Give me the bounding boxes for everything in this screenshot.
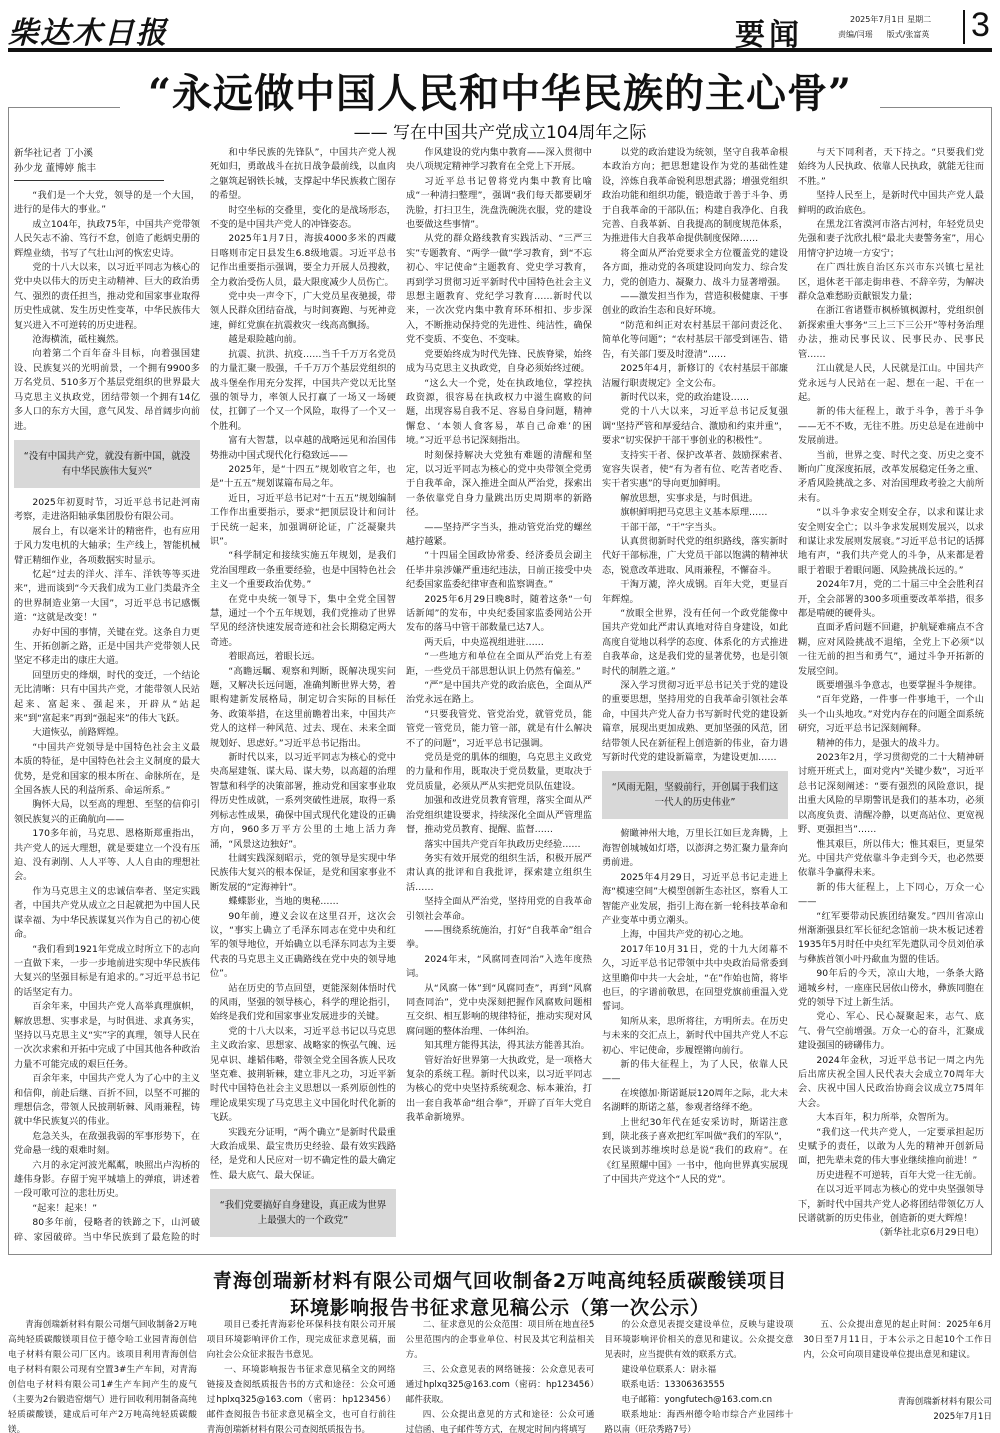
paragraph: 五、公众提出意见的起止时间：2025年6月30日至7月11日，于本公示之日起10… xyxy=(803,1318,992,1363)
paragraph: 在埃德加·斯诺诞辰120周年之际，北大未名湖畔的斯诺之墓，参观者络绎不绝。 xyxy=(602,1087,788,1116)
paragraph: 在党中央统一领导下，集中全党全国智慧，通过一个个五年规划，我们党推动了世界罕见的… xyxy=(210,593,396,651)
paragraph: 联系电话：13306363555 xyxy=(604,1378,793,1393)
paragraph: 青海创瑞新材料有限公司烟气回收制备2万吨高纯轻质碳酸镁项目位于德令哈工业园青海创… xyxy=(8,1318,197,1433)
paragraph: 以党的政治建设为统领，坚守自我革命根本政治方向；把思想建设作为党的基础性建设，淬… xyxy=(602,146,788,247)
paragraph: 知其理方能得其法，得其法方能善其治。 xyxy=(406,1039,592,1053)
paragraph: 直面矛盾问题不回避，护航疑难痛点不含糊，应对风险挑战不退缩，全党上下必须“以一往… xyxy=(798,621,984,679)
paragraph: 将全面从严治党要求全方位覆盖党的建设各方面，推动党的各项建设同向发力、综合发力，… xyxy=(602,247,788,290)
paragraph: “起来！起来！” xyxy=(14,1202,200,1216)
issue-meta: 2025年7月1日 星期二 责编/闫瑶版式/张富英 xyxy=(838,12,943,42)
paragraph: “以斗争求安全则安全存，以求和谋让求安全则安全亡；以斗争求发展则发展兴，以求和谋… xyxy=(798,506,984,578)
paragraph: 2025年4月，新修订的《农村基层干部廉洁履行职责规定》全文公布。 xyxy=(602,362,788,391)
pull-quote: “风雨无阻，坚毅前行，开创属于我们这一代人的历史伟业” xyxy=(602,771,788,819)
pull-quote: “没有中国共产党，就没有新中国，就没有中华民族伟大复兴” xyxy=(14,440,200,488)
paragraph: 2025年3月，全国两会刚结束，一场聚焦 xyxy=(210,1245,396,1246)
paragraph: 深入学习贯彻习近平总书记关于党的建设的重要思想，坚持用党的自我革命引领社会革命，… xyxy=(602,679,788,765)
paragraph: 在以习近平同志为核心的党中央坚强领导下，新时代中国共产党人必将团结带领亿万人民谱… xyxy=(798,1183,984,1226)
article-column-4: 以党的政治建设为统领，坚守自我革命根本政治方向；把思想建设作为党的基础性建设，淬… xyxy=(602,146,788,1246)
paragraph: 六月的永定河波光粼粼，映照出卢沟桥的雄伟身影。存留于宛平城墙上的弹痕，讲述着一段… xyxy=(14,1159,200,1202)
paragraph: 越是艰险越向前。 xyxy=(210,333,396,347)
article-column-1: 新华社记者 丁小溪 孙少龙 董博婷 熊丰 “我们是一个大党，领导的是一个大国，进… xyxy=(14,146,200,1246)
paragraph: 加强和改进党员教育管理，落实全面从严治党组织建设要求，持续深化全面从严管理监督，… xyxy=(406,794,592,837)
paragraph: “严”是中国共产党的政治底色，全面从严治党永远在路上。 xyxy=(406,679,592,708)
notice-column-2: 项目已委托青海彩伦环保科技有限公司开展项目环境影响评价工作，现完成征求意见稿，面… xyxy=(207,1318,396,1433)
paragraph: 向着第二个百年奋斗目标，向着强国建设、民族复兴的光明前景，一个拥有9900多万名… xyxy=(14,347,200,433)
paragraph: “十四届全国政协常委、经济委员会副主任毕井泉涉嫌严重违纪违法，日前正接受中央纪委… xyxy=(406,549,592,592)
paragraph: 2025年，是“十四五”规划收官之年，也是“十五五”规划谋篇布局之年。 xyxy=(210,463,396,492)
paragraph: 联系地址：海西州德令哈市综合产业园纬十路以南（旺尕秀路7号） xyxy=(604,1408,793,1433)
notice-signature-date: 2025年7月1日 xyxy=(803,1410,992,1425)
paragraph: 干部干部，“干”字当头。 xyxy=(602,521,788,535)
paragraph: 俯瞰神州大地，万里长江如巨龙奔腾，上海智创城城如灯塔，以澎湃之势汇聚力量奔向勇前… xyxy=(602,827,788,870)
paragraph: “防范和纠正对农村基层干部问责泛化、简单化等问题”；“农村基层干部受到诬告、错告… xyxy=(602,319,788,362)
paragraph: “我们看到1921年党成立时所立下的志向一直做下来，一步一步地前进实现中华民族伟… xyxy=(14,943,200,1001)
paragraph: 170多年前，马克思、恩格斯郑重指出，共产党人的远大理想，就是要建立一个没有压迫… xyxy=(14,827,200,885)
article-headline: “永远做中国人民和中华民族的主心骨” xyxy=(0,62,1000,119)
paragraph: 建设单位联系人：尉永福 xyxy=(604,1363,793,1378)
paragraph: 大道恢弘，前路辉煌。 xyxy=(14,726,200,740)
paragraph: 党的十八大以来，以习近平同志为核心的党中央以伟大的历史主动精神、巨大的政治勇气、… xyxy=(14,261,200,333)
paragraph: 党员是党的肌体的细胞，乌克思主义政党的力量和作用，既取决于党员数量，更取决于党员… xyxy=(406,751,592,794)
paragraph: 与天下同利者，天下持之。“只要我们党始终为人民执政、依靠人民执政，就能无往而不胜… xyxy=(798,146,984,189)
notice-signature-company: 青海创瑞新材料有限公司 xyxy=(803,1395,992,1410)
paragraph: 办好中国的事情，关键在党。这条自力更生、开拓创新之路，正是中国共产党带领人民坚定… xyxy=(14,626,200,669)
paragraph: 和中华民族的先锋队”，中国共产党人视死如归，勇敢战斗在抗日战争最前线，以血肉之躯… xyxy=(210,146,396,204)
paragraph: 百余年来，中国共产党人为了心中的主义和信仰，前赴后继、百折不回，以坚不可摧的理想… xyxy=(14,1072,200,1130)
masthead: 柴达木日报 要闻 2025年7月1日 星期二 责编/闫瑶版式/张富英 3 xyxy=(8,6,992,50)
paragraph: 惟其艰巨，所以伟大；惟其艰巨，更显荣光。中国共产党依靠斗争走到今天，也必然要依靠… xyxy=(798,838,984,881)
paragraph: 壮阔实践深刻昭示，党的领导是实现中华民族伟大复兴的根本保证，是党和国家事业不断发… xyxy=(210,852,396,895)
paragraph: “一些地方和单位在全面从严治党上有差距，一些党员干部思想认识上仍然有偏差。” xyxy=(406,650,592,679)
paragraph: 旗帜鲜明把马克思主义基本原理…… xyxy=(602,506,788,520)
paragraph: ——围绕系统施治，打好“自我革命”组合拳。 xyxy=(406,924,592,953)
paragraph: 党的十八大以来，习近平总书记反复强调“坚持严管和厚爱结合、激励和约束并重”，要求… xyxy=(602,405,788,448)
paragraph: 坚持人民至上，是新时代中国共产党人最鲜明的政治底色。 xyxy=(798,189,984,218)
paragraph: 落实中国共产党百年执政历史经验…… xyxy=(406,838,592,852)
paragraph: 务实有效开展党的组织生活，积极开展严肃认真的批评和自我批评，探索建立组织生活…… xyxy=(406,852,592,895)
paragraph: “高瞻远瞩、观察和判断，既解决现实问题，又解决长远问题，准确判断世界大势，着眼构… xyxy=(210,665,396,751)
paragraph: 2025年4月29日，习近平总书记走进上海“模速空间”大模型创新生态社区，察看人… xyxy=(602,871,788,929)
article-column-3: 作风建设的党内集中教育——深入贯彻中央八项规定精神学习教育在全党上下开展。习近平… xyxy=(406,146,592,1246)
notice-body: 青海创瑞新材料有限公司烟气回收制备2万吨高纯轻质碳酸镁项目位于德令哈工业园青海创… xyxy=(8,1318,992,1433)
paragraph: 两天后，中央巡视组进驻…… xyxy=(406,636,592,650)
paragraph: “放眼全世界，没有任何一个政党能像中国共产党如此严肃认真地对待自身建设，如此高度… xyxy=(602,607,788,679)
issue-date: 2025年7月1日 星期二 xyxy=(838,12,943,27)
paragraph: 2024年末，“风腐同查同治”入选年度热词。 xyxy=(406,953,592,982)
paragraph: 忆起“过去的洋火、洋车、洋铁等等买进来”，进而谈到“今天我们成为工业门类最齐全的… xyxy=(14,568,200,626)
page-number: 3 xyxy=(971,6,990,45)
page-divider xyxy=(963,10,965,44)
paragraph: 一、环境影响报告书征求意见稿全文的网络链接及查阅纸质报告书的方式和途径：公众可通… xyxy=(207,1363,396,1433)
byline: 新华社记者 丁小溪 孙少龙 董博婷 熊丰 xyxy=(14,146,164,181)
paragraph: 站在历史的节点回望，更能深刻体悟时代的风雨，坚强的领导核心，科学的理论指引，始终… xyxy=(210,982,396,1025)
paragraph: 作为马克思主义的忠诚信奉者、坚定实践者，中国共产党从成立之日起就把为中国人民谋幸… xyxy=(14,885,200,943)
paragraph: “科学制定和接续实施五年规划，是我们党治国理政一条重要经验，也是中国特色社会主义… xyxy=(210,549,396,592)
paragraph: 蝶蝶影业，当地的奥秘…… xyxy=(210,895,396,909)
paragraph: 认真贯彻新时代党的组织路线，落实新时代好干部标准，广大党员干部以饱满的精神状态，… xyxy=(602,535,788,578)
paragraph: 既要增强斗争意志，也要掌握斗争规律。 xyxy=(798,679,984,693)
paragraph: 新的伟大征程上，为了人民，依靠人民—— xyxy=(602,1058,788,1087)
paragraph: 上世纪30年代在延安采访时，斯诺注意到，陕北孩子喜欢把红军叫做“我们的军队”，农… xyxy=(602,1116,788,1188)
paragraph: 解放思想，实事求是，与时俱进。 xyxy=(602,492,788,506)
paragraph: 支持实干者、保护改革者、鼓励探索者、宽容失误者，使“有为者有位、吃苦者吃香、实干… xyxy=(602,449,788,492)
paragraph: 三、公众意见表的网络链接：公众意见表可通过hplxq325@163.com（密码… xyxy=(406,1363,595,1408)
paragraph: 二、征求意见的公众范围：项目所在地直径5公里范围内的企事业单位、村民及其它利益相… xyxy=(406,1318,595,1363)
editor-credit: 责编/闫瑶 xyxy=(838,30,873,39)
article-body: 新华社记者 丁小溪 孙少龙 董博婷 熊丰 “我们是一个大党，领导的是一个大国，进… xyxy=(14,146,986,1246)
notice-title: 青海创瑞新材料有限公司烟气回收制备2万吨高纯轻质碳酸镁项目 xyxy=(0,1266,1000,1293)
paragraph: 管好治好世界第一大执政党，是一项格大复杂的系统工程。新时代以来，以习近平同志为核… xyxy=(406,1054,592,1126)
paragraph: 在浙江省诸暨市枫桥镇枫源村，党组织创新探索重大事务“三上三下三公开”等村务治理办… xyxy=(798,304,984,362)
paragraph: 党的十八大以来，习近平总书记以马克思主义政治家、思想家、战略家的恢弘气魄、远见卓… xyxy=(210,1025,396,1126)
paragraph: 危急关头，在敌强我弱的军事形势下，在党命悬一线的艰难时刻。 xyxy=(14,1130,200,1159)
paragraph: 80多年前，侵略者的铁蹄之下，山河破碎、家园破碎。当中华民族到了最危险的时候，中… xyxy=(14,1216,200,1246)
paragraph: 作风建设的党内集中教育——深入贯彻中央八项规定精神学习教育在全党上下开展。 xyxy=(406,146,592,175)
paragraph: 习近平总书记曾将党内集中教育比喻成“一种清扫整理”，强调“我们每天都要刷牙洗脸，… xyxy=(406,175,592,233)
paragraph: 电子邮箱：yongfutech@163.com.cn xyxy=(604,1393,793,1408)
paragraph: 2017年10月31日，党的十九大闭幕不久，习近平总书记带领中共中央政治局常委到… xyxy=(602,943,788,1015)
paragraph: 2025年1月7日，海拔4000多米的西藏日喀则市定日县发生6.8级地震。习近平… xyxy=(210,232,396,290)
notice-column-4: 的公众意见表提交建设单位，反映与建设项目环境影响评价相关的意见和建议。公众提交意… xyxy=(604,1318,793,1433)
notice-subtitle: 环境影响报告书征求意见稿公示（第一次公示） xyxy=(0,1293,1000,1320)
paragraph: 抗震、抗洪、抗疫……当千千万万名党员的力量汇聚一股强，千千万万个基层党组织的战斗… xyxy=(210,348,396,434)
paragraph: “红军要带动民族团结聚发。”四川省凉山州渐渐强县红军长征纪念馆前一块木板记述着1… xyxy=(798,910,984,968)
paragraph: ——坚持严字当头，推动管党治党的螺丝越拧越紧。 xyxy=(406,521,592,550)
paragraph: 上海，中国共产党的初心之地。 xyxy=(602,928,788,942)
paragraph: 党心、军心、民心凝聚起来，志气、底气、骨气空前增强。万众一心的奋斗，汇聚成建设强… xyxy=(798,1010,984,1053)
paragraph: 2025年初夏时节，习近平总书记赴河南考察，走进洛阳轴承集团股份有限公司。 xyxy=(14,496,200,525)
paragraph: 新时代以来，党的政治建设…… xyxy=(602,391,788,405)
paragraph: 沧海横流，砥柱巍然。 xyxy=(14,333,200,347)
article-column-5: 与天下同利者，天下持之。“只要我们党始终为人民执政、依靠人民执政，就能无往而不胜… xyxy=(798,146,984,1246)
paragraph: 新时代以来，以习近平同志为核心的党中央高屋建瓴、谋大局、谋大势，以高超的治理智慧… xyxy=(210,751,396,852)
paragraph: 精神的伟力，是强大的战斗力。 xyxy=(798,737,984,751)
paragraph: 回望历史的烽烟，时代的变迁，一个结论无比清晰：只有中国共产党，才能带领人民站起来… xyxy=(14,669,200,727)
paragraph: 展台上，有以毫米计的精密件，也有应用于风力发电机的大轴承；生产线上，智能机械臂正… xyxy=(14,525,200,568)
layout-credit: 版式/张富英 xyxy=(887,30,930,39)
paragraph: 党中央一声令下，广大党员星夜驰援，带领人民群众团结奋战，与时间赛跑、与死神竞速，… xyxy=(210,290,396,333)
paragraph: 2023年2月，学习贯彻党的二十大精神研讨班开班式上，面对党内“关键少数”，习近… xyxy=(798,751,984,837)
paragraph: 实践充分证明，“两个确立”是新时代最重大政治成果、最宝贵历史经验、最有效实践路径… xyxy=(210,1126,396,1184)
paragraph: ——激发担当作为，营造积极健康、干事创业的政治生态和良好环境。 xyxy=(602,290,788,319)
paragraph: 成立104年，执政75年，中国共产党带领人民矢志不渝、笃行不怠，创造了彪炳史册的… xyxy=(14,218,200,261)
paragraph: 从“风腐一体”到“风腐同查”，再到“风腐同查同治”，党中央深刻把握作风腐败问题相… xyxy=(406,982,592,1040)
paragraph: 90年后的今天，凉山大地，一条条大路通城乡村，一座座民居依山傍水，彝族同胞在党的… xyxy=(798,967,984,1010)
paragraph: 时空坐标的交叠里，变化的是战场形态，不变的是中国共产党人的冲锋姿态。 xyxy=(210,204,396,233)
paragraph: 2024年金秋，习近平总书记一周之内先后出席庆祝全国人民代表大会成立70周年大会… xyxy=(798,1054,984,1112)
article-column-2: 和中华民族的先锋队”，中国共产党人视死如归，勇敢战斗在抗日战争最前线，以血肉之躯… xyxy=(210,146,396,1246)
paragraph: “这么大一个党，处在执政地位，掌控执政资源，很容易在执政权力中滋生腐败的问题，出… xyxy=(406,377,592,449)
paragraph: 百余年来，中国共产党人高举真理旗帜，解放思想、实事求是，与时俱进、求真务实，坚持… xyxy=(14,1000,200,1072)
paragraph: 胸怀大局，以至高的理想、至坚的信仰引领民族复兴的正确航向—— xyxy=(14,798,200,827)
paragraph: 历史进程不可逆转，百年大党一往无前。 xyxy=(798,1169,984,1183)
paragraph: 2025年6月29日晚8时，随着这条“一句话新闻”的发布，中央纪委国家监委网站公… xyxy=(406,593,592,636)
paragraph: “我们这一代共产党人，一定要承担起历史赋予的责任，以敢为人先的精神开创新局面，把… xyxy=(798,1126,984,1169)
notice-column-3: 二、征求意见的公众范围：项目所在地直径5公里范围内的企事业单位、村民及其它利益相… xyxy=(406,1318,595,1433)
paragraph: 的公众意见表提交建设单位，反映与建设项目环境影响评价相关的意见和建议。公众提交意… xyxy=(604,1318,793,1363)
paragraph: 新的伟大征程上，上下同心，万众一心—— xyxy=(798,881,984,910)
paragraph: “只要我管党、管党治党，就管党员，能管党一管党员，能力管一部，就是有什么解决不了… xyxy=(406,708,592,751)
paragraph: 90年前，遵义会议在这里召开，这次会议，“事实上确立了毛泽东同志在党中央和红军的… xyxy=(210,910,396,982)
paragraph: 在黑龙江省漠河市洛古河村，年轻党员史先强和妻子沈欣扎根“最北夫妻警务室”，用心用… xyxy=(798,218,984,261)
paragraph: 在广西壮族自治区东兴市东兴镇七星社区，退休老干部走街串巷、不辞辛劳，为解决群众急… xyxy=(798,261,984,304)
paragraph: 党要始终成为时代先锋、民族脊梁，始终成为马克思主义执政党，自身必须始终过硬。 xyxy=(406,348,592,377)
paragraph: “中国共产党领导是中国特色社会主义最本质的特征，是中国特色社会主义制度的最大优势… xyxy=(14,741,200,799)
dateline: （新华社北京6月29日电） xyxy=(798,1226,984,1240)
paragraph: 坚持全面从严治党，坚持用党的自我革命引领社会革命。 xyxy=(406,895,592,924)
paragraph: “我们是一个大党，领导的是一个大国，进行的是伟大的事业。” xyxy=(14,189,200,218)
paragraph: 大本百年，积力所举，众智所为。 xyxy=(798,1111,984,1125)
paragraph: 项目已委托青海彩伦环保科技有限公司开展项目环境影响评价工作，现完成征求意见稿，面… xyxy=(207,1318,396,1363)
paragraph: 江山就是人民，人民就是江山。中国共产党永远与人民站在一起、想在一起、干在一起。 xyxy=(798,362,984,405)
paragraph: 干淘万漉，淬火成钢。百年大党，更显百年辉煌。 xyxy=(602,578,788,607)
paragraph: 当前，世界之变、时代之变、历史之变不断向广度深度拓展，改革发展稳定任务之重、矛盾… xyxy=(798,449,984,507)
paragraph: 知所从来，思所将往，方明所去。在历史与未来的交汇点上，新时代中国共产党人不忘初心… xyxy=(602,1015,788,1058)
article-subheadline: —— 写在中国共产党成立104周年之际 xyxy=(0,118,1000,143)
notice-column-5: 五、公众提出意见的起止时间：2025年6月30日至7月11日，于本公示之日起10… xyxy=(803,1318,992,1433)
newspaper-logo: 柴达木日报 xyxy=(8,8,168,52)
paragraph: “百年党路，一件事一件事地干，一个山头一个山头地攻。”对党内存在的问题全面系统研… xyxy=(798,693,984,736)
notice-column-1: 青海创瑞新材料有限公司烟气回收制备2万吨高纯轻质碳酸镁项目位于德令哈工业园青海创… xyxy=(8,1318,197,1433)
paragraph: 近日，习近平总书记对“十五五”规划编制工作作出重要指示，要求“把顶层设计和问计于… xyxy=(210,492,396,550)
paragraph: 四、公众提出意见的方式和途径：公众可通过信函、电子邮件等方式，在规定时间内将填写 xyxy=(406,1408,595,1433)
paragraph: 新的伟大征程上，敢于斗争，善于斗争——无不不败，无往不胜。历史总是在进前中发展前… xyxy=(798,405,984,448)
paragraph: 富有大智慧，以卓越的战略远见和治国伟势推动中国式现代化行稳致远—— xyxy=(210,434,396,463)
masthead-rule xyxy=(8,48,992,52)
paragraph: 时刻保持解决大党独有难题的清醒和坚定，以习近平同志为核心的党中央带领全党勇于自我… xyxy=(406,449,592,521)
paragraph: 2024年7月，党的二十届三中全会胜利召开，全会部署的300多项重要改革举措，很… xyxy=(798,578,984,621)
pull-quote: “我们党要搞好自身建设，真正成为世界上最强大的一个政党” xyxy=(210,1189,396,1237)
paragraph: 着眼高远，着眼长远。 xyxy=(210,650,396,664)
paragraph: 从党的群众路线教育实践活动、“三严三实”专题教育、“两学一做”学习教育，到“不忘… xyxy=(406,232,592,347)
